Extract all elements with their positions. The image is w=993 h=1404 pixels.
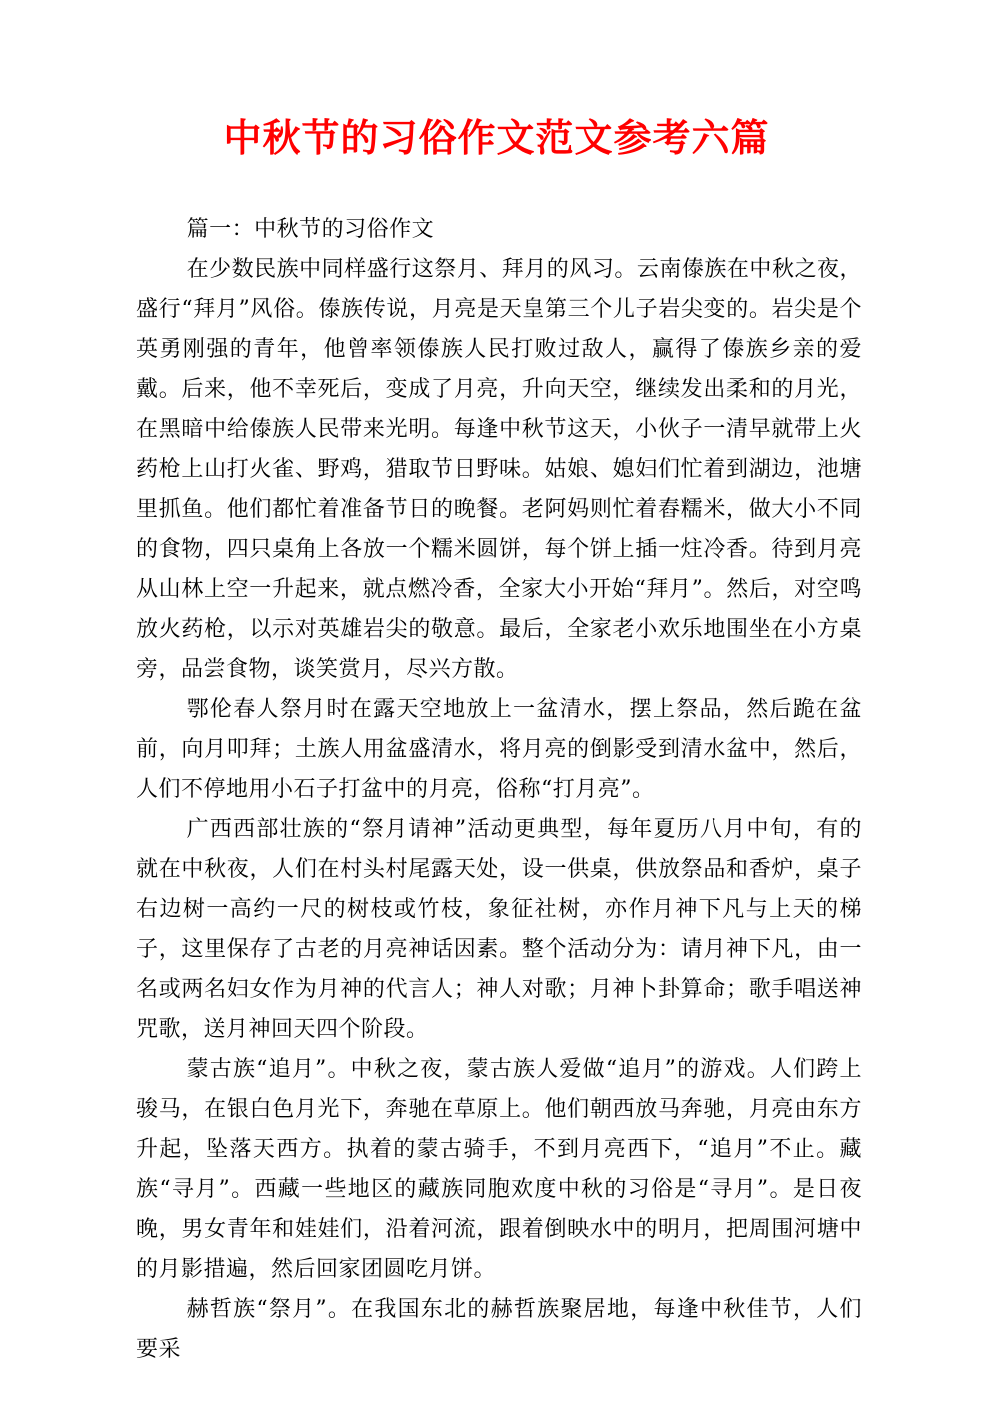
paragraph: 赫哲族“祭月”。在我国东北的赫哲族聚居地，每逢中秋佳节，人们要采 [136,1290,862,1370]
paragraph: 广西西部壮族的“祭月请神”活动更典型，每年夏历八月中旬，有的就在中秋夜，人们在村… [136,810,862,1050]
document-title: 中秋节的习俗作文范文参考六篇 [0,0,993,164]
paragraph: 鄂伦春人祭月时在露天空地放上一盆清水，摆上祭品，然后跪在盆前，向月叩拜；土族人用… [136,690,862,810]
section-heading: 篇一：中秋节的习俗作文 [136,210,862,250]
document-body: 篇一：中秋节的习俗作文 在少数民族中同样盛行这祭月、拜月的风习。云南傣族在中秋之… [136,210,862,1370]
document-page: 中秋节的习俗作文范文参考六篇 篇一：中秋节的习俗作文 在少数民族中同样盛行这祭月… [0,0,993,1404]
paragraph: 在少数民族中同样盛行这祭月、拜月的风习。云南傣族在中秋之夜，盛行“拜月”风俗。傣… [136,250,862,690]
paragraph: 蒙古族“追月”。中秋之夜，蒙古族人爱做“追月”的游戏。人们跨上骏马，在银白色月光… [136,1050,862,1290]
